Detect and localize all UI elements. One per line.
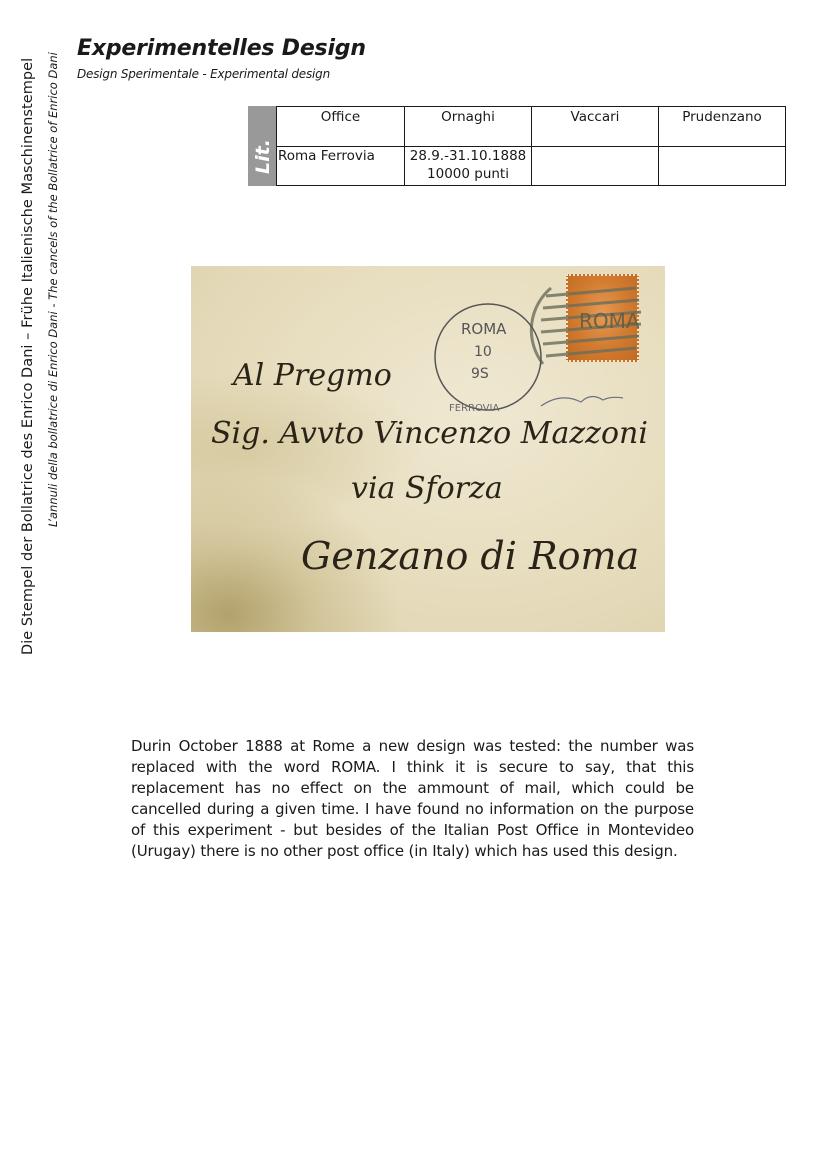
- cell-vaccari: [532, 147, 659, 186]
- svg-text:9S: 9S: [471, 366, 489, 382]
- office-table: Office Ornaghi Vaccari Prudenzano Roma F…: [276, 106, 786, 186]
- table-row: Roma Ferrovia 28.9.-31.10.1888 10000 pun…: [277, 147, 786, 186]
- column-header-prudenzano: Prudenzano: [659, 107, 786, 147]
- address-line-2: Sig. Avvto Vincenzo Mazzoni: [211, 416, 648, 451]
- page-title: Experimentelles Design: [77, 36, 366, 61]
- svg-text:ROMA: ROMA: [461, 320, 507, 338]
- ornaghi-dates: 28.9.-31.10.1888: [405, 147, 531, 165]
- column-header-office: Office: [277, 107, 405, 147]
- side-header-main: Die Stempel der Bollatrice des Enrico Da…: [20, 58, 36, 655]
- address-line-4: Genzano di Roma: [301, 534, 639, 578]
- table-header-row: Office Ornaghi Vaccari Prudenzano: [277, 107, 786, 147]
- description-paragraph: Durin October 1888 at Rome a new design …: [131, 736, 694, 862]
- literature-label: Lit.: [252, 139, 274, 174]
- side-header-sub: L’annuli della bollatrice di Enrico Dani…: [46, 52, 60, 527]
- svg-text:FERROVIA: FERROVIA: [449, 403, 499, 414]
- literature-tab: Lit.: [248, 106, 276, 186]
- address-line-3: via Sforza: [351, 471, 503, 506]
- cell-office: Roma Ferrovia: [277, 147, 405, 186]
- cell-ornaghi: 28.9.-31.10.1888 10000 punti: [405, 147, 532, 186]
- address-line-1: Al Pregmo: [233, 358, 392, 393]
- cell-prudenzano: [659, 147, 786, 186]
- envelope-image: ROMA ROMA 10 9S FERROVIA Al Pregmo Sig. …: [191, 266, 665, 632]
- ornaghi-count: 10000 punti: [405, 165, 531, 183]
- page-subtitle: Design Sperimentale - Experimental desig…: [77, 67, 330, 81]
- column-header-vaccari: Vaccari: [532, 107, 659, 147]
- svg-text:10: 10: [474, 344, 492, 360]
- svg-text:ROMA: ROMA: [579, 309, 640, 333]
- column-header-ornaghi: Ornaghi: [405, 107, 532, 147]
